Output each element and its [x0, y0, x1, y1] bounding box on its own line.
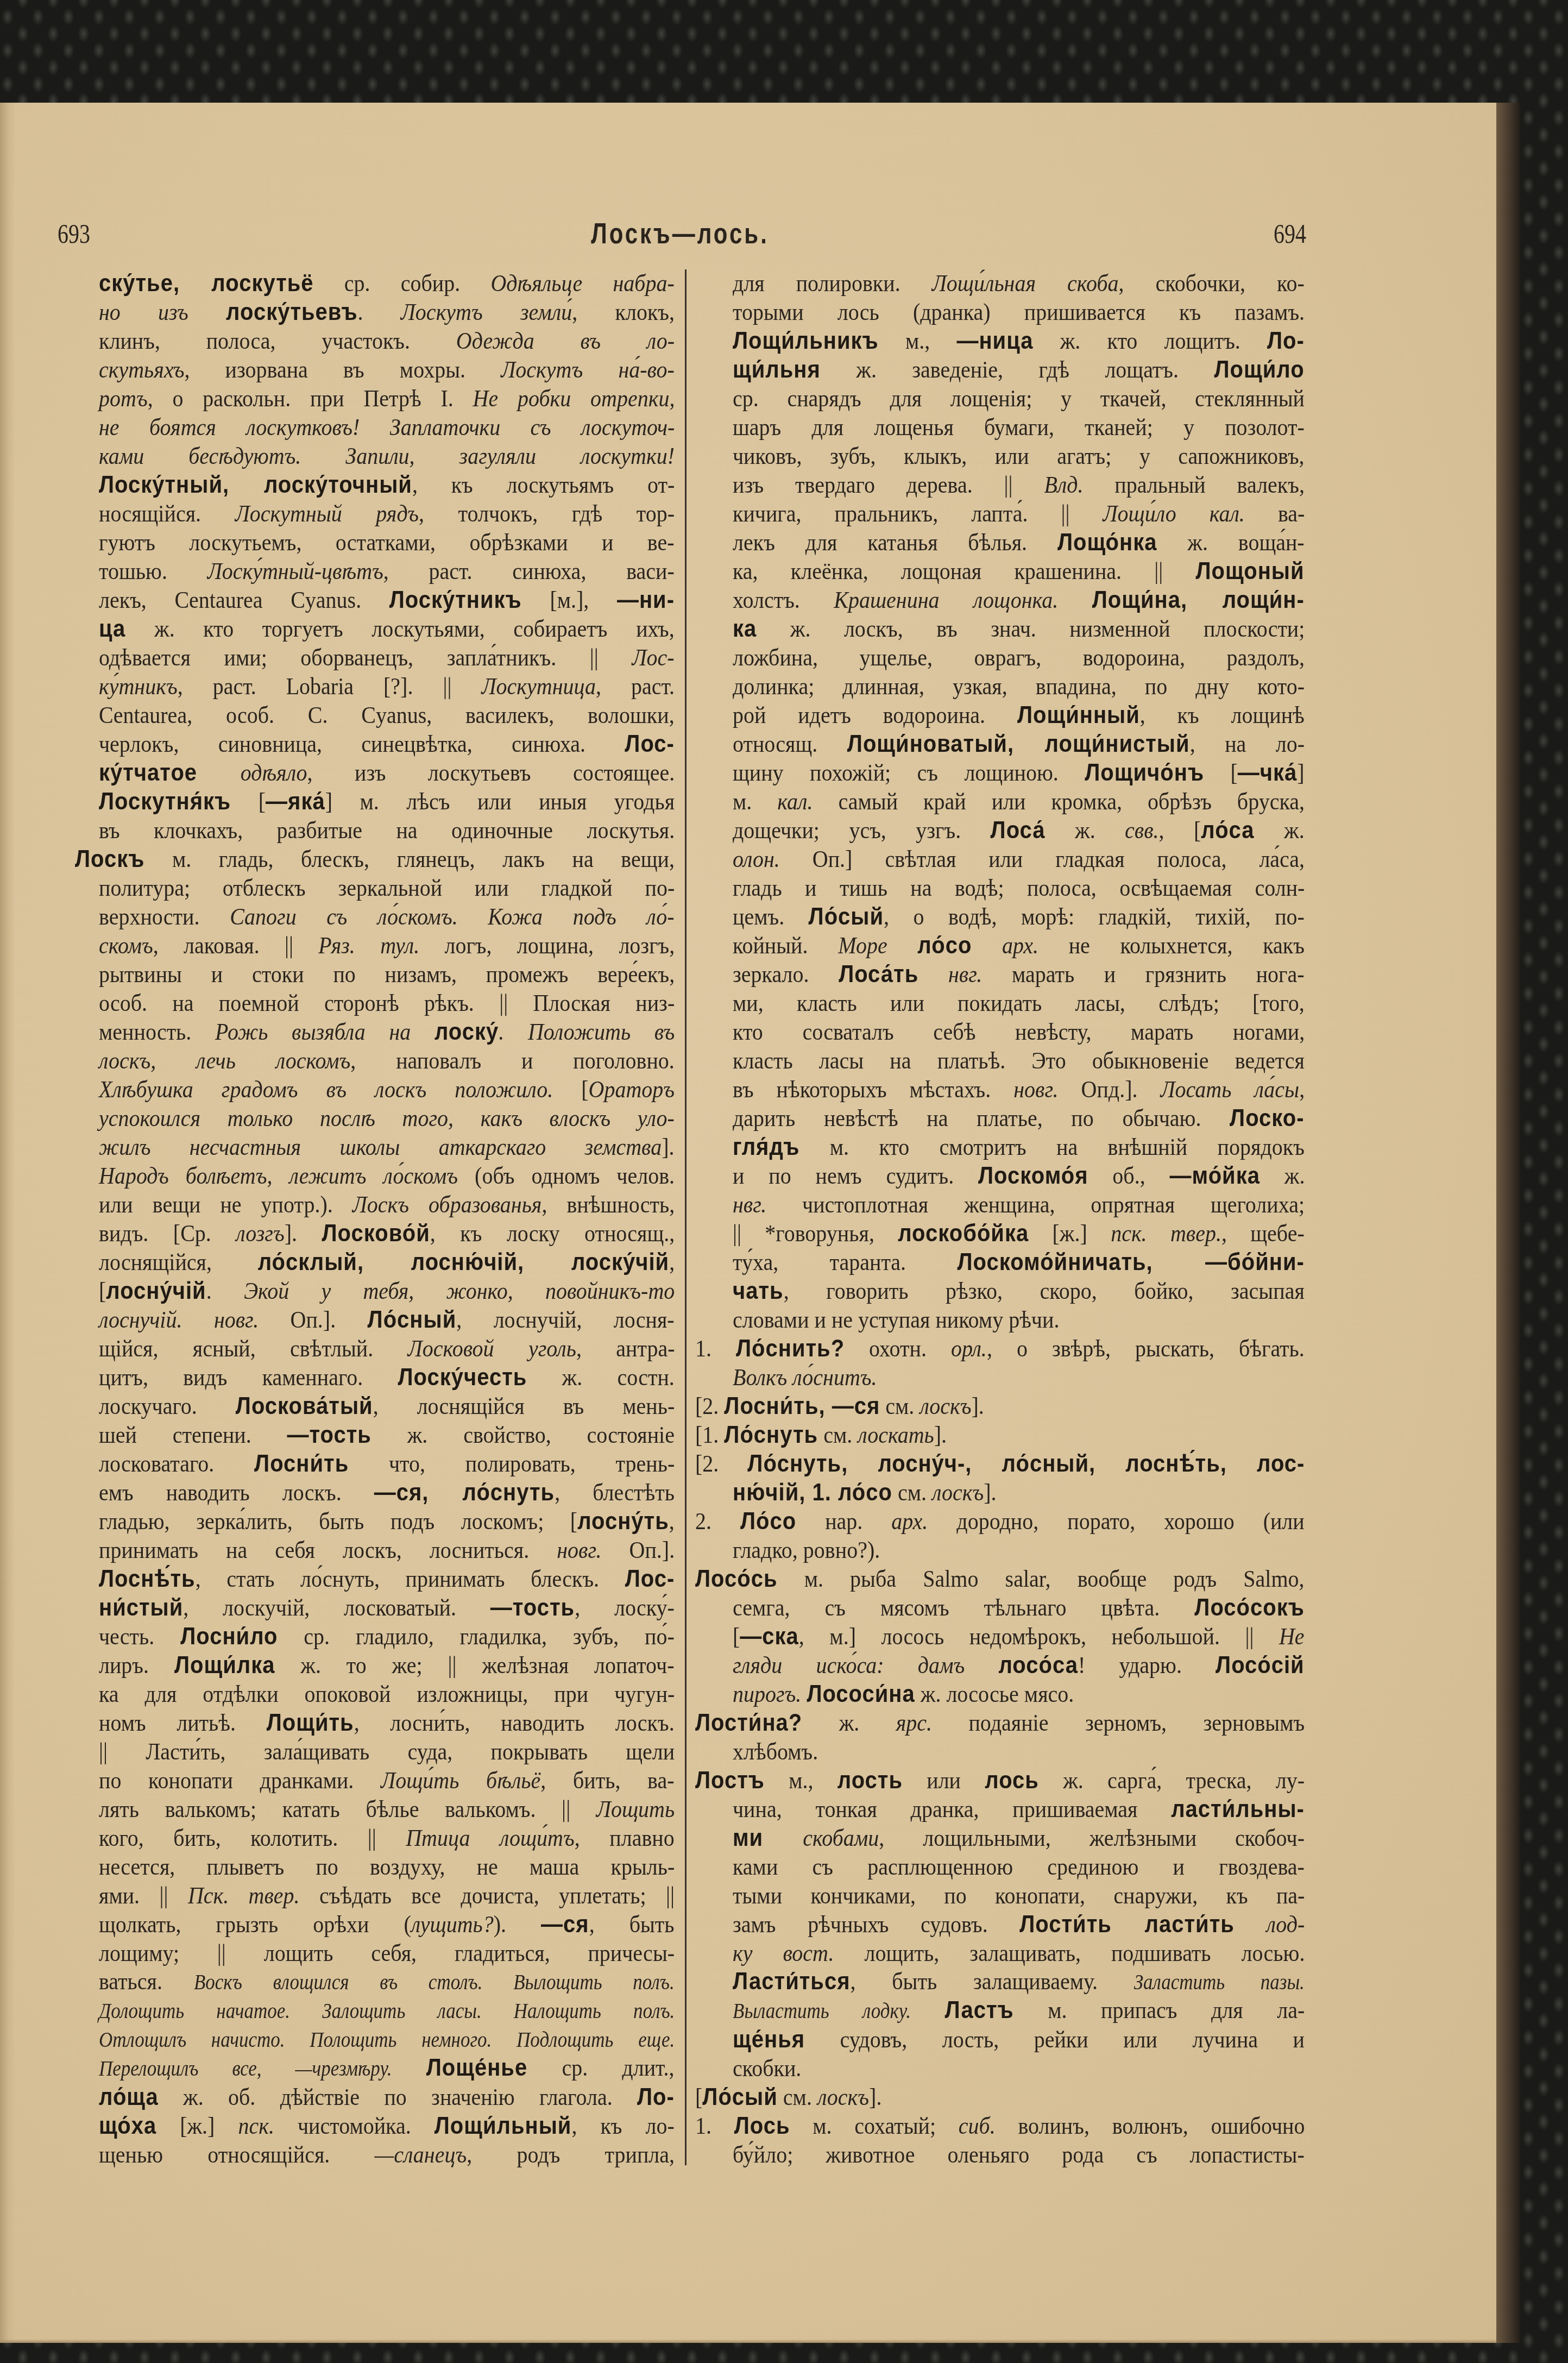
- dictionary-line: Долощить начатое. Залощить ласы. Налощит…: [99, 1996, 675, 2025]
- body-text: политура; отблескъ зеркальной или гладко…: [99, 873, 675, 901]
- line-text: щолкать, грызть орѣхи (лущить?). —ся, бы…: [99, 1908, 675, 1940]
- body-text: дарить невѣстѣ на платье, по обычаю.: [733, 1104, 1230, 1131]
- example-text: Заластить пазы.: [1134, 1971, 1305, 1995]
- body-text: чистомойка.: [274, 2111, 434, 2139]
- italic-text: скобами: [803, 1824, 879, 1851]
- line-text: словами и не уступая никому рѣчи.: [733, 1303, 1059, 1335]
- dictionary-line: [лосну́чій. Экой у тебя, жонко, повойник…: [99, 1276, 675, 1305]
- italic-text: Не робки отрепки,: [473, 384, 675, 411]
- headword: Лос-: [625, 730, 675, 757]
- dictionary-line: Лоскъ м. гладь, блескъ, глянецъ, лакъ на…: [75, 844, 675, 873]
- line-text: [1. Ло́снуть см. лоскать].: [695, 1418, 947, 1451]
- body-text: лекъ для катанья бѣлья.: [733, 528, 1057, 555]
- italic-text: лоснучій. новг.: [99, 1305, 259, 1333]
- body-text: [972, 931, 1002, 958]
- line-text: 1. Лось м. сохатый; сиб. волинъ, волюнъ,…: [695, 2109, 1305, 2142]
- dictionary-line: Лостъ м., лость или лось ж. сарга́, трес…: [695, 1765, 1305, 1794]
- dictionary-line: цитъ, видъ каменнаго. Лоску́честь ж. сос…: [99, 1362, 675, 1391]
- line-text: лиръ. Лощи́лка ж. то же; || желѣзная лоп…: [99, 1649, 675, 1681]
- italic-text: Народъ болѣетъ, лежитъ ло́скомъ: [99, 1161, 458, 1189]
- italic-text: пирогъ.: [733, 1680, 801, 1707]
- body-text: [: [1204, 758, 1238, 785]
- italic-text: новг.: [1013, 1075, 1058, 1102]
- body-text: , изъ лоскутьевъ состоящее.: [307, 758, 675, 785]
- line-text: гуютъ лоскутьемъ, остатками, обрѣзками и…: [99, 526, 675, 558]
- dictionary-line: Лощи́льникъ м., —ница ж. кто лощитъ. Ло-: [733, 326, 1305, 355]
- headword: Лощи́льникъ: [733, 327, 879, 354]
- body-text: , раст. Lobaria [?]. ||: [178, 672, 482, 699]
- dictionary-line: черлокъ, синовница, синецвѣтка, синюха. …: [99, 729, 675, 758]
- body-text: или вещи не употр.).: [99, 1190, 352, 1217]
- body-text: въ нѣкоторыхъ мѣстахъ.: [733, 1075, 1013, 1102]
- dictionary-line: ску́тье, лоскутьё ср. собир. Одѣяльце на…: [99, 268, 675, 297]
- headword: Лоще́нье: [426, 2054, 528, 2081]
- body-text: [1235, 1910, 1267, 1937]
- headword: Лоску́честь: [398, 1363, 527, 1390]
- dictionary-line: [1. Ло́снуть см. лоскать].: [695, 1420, 1305, 1449]
- page-bottom-edge: [0, 2339, 1496, 2343]
- body-text: ж. воща́н-: [1157, 528, 1304, 555]
- body-text: , быть: [589, 1910, 675, 1937]
- headword: Лощичо́нъ: [1085, 759, 1204, 785]
- dictionary-line: особ. на поемной сторонѣ рѣкъ. || Плоска…: [99, 988, 675, 1017]
- page-right-edge: [1496, 103, 1520, 2343]
- body-text: гладко, ровно?).: [733, 1536, 880, 1563]
- dictionary-line: честь. Лосни́ло ср. гладило, гладилка, з…: [99, 1622, 675, 1650]
- dictionary-line: ни́стый, лоскучій, лосковатый. —тость, л…: [99, 1593, 675, 1622]
- dictionary-line: кто сосваталъ себѣ невѣсту, марать ногам…: [733, 1017, 1305, 1046]
- italic-text: скомъ: [99, 931, 153, 958]
- line-text: ще́нья судовъ, лость, рейки или лучина и: [733, 2023, 1305, 2056]
- line-text: гладко, ровно?).: [733, 1534, 880, 1566]
- line-text: менность. Рожь вызябла на лоску́. Положи…: [99, 1015, 675, 1048]
- dictionary-line: ми скобами, лощильными, желѣзными скобоч…: [733, 1823, 1305, 1852]
- headword: Лощи́лка: [174, 1651, 275, 1678]
- body-text: м. сохатый;: [790, 2111, 959, 2139]
- dictionary-line: || Ласти́ть, зала́щивать суда, покрывать…: [99, 1737, 675, 1765]
- dictionary-line: для полировки. Лощи́льная скоба, скобочк…: [733, 268, 1305, 297]
- dictionary-line: въ нѣкоторыхъ мѣстахъ. новг. Опд.]. Лоса…: [733, 1074, 1305, 1103]
- dictionary-line: Народъ болѣетъ, лежитъ ло́скомъ (объ одн…: [99, 1161, 675, 1190]
- body-text: ].: [972, 1392, 984, 1419]
- headword: Ло-: [637, 2083, 675, 2110]
- dictionary-line: Лоснѣ́ть, стать ло́снуть, принимать блес…: [99, 1564, 675, 1593]
- body-text: самый край или кромка, обрѣзъ бруска,: [813, 787, 1305, 814]
- italic-text: —сланецъ: [375, 2140, 467, 2167]
- dictionary-line: гля́дъ м. кто смотритъ на внѣшній порядо…: [733, 1132, 1305, 1161]
- headword: Лоса́ть: [839, 960, 918, 987]
- body-text: ж. свойство, состояніе: [371, 1421, 675, 1448]
- body-text: менность.: [99, 1017, 215, 1045]
- headword: —ска: [740, 1623, 799, 1649]
- body-text: , скобочки, ко-: [1119, 269, 1305, 296]
- line-text: шей степени. —тость ж. свойство, состоян…: [99, 1418, 675, 1451]
- body-text: кичига, пральникъ, лапта́. ||: [733, 499, 1103, 526]
- headword: —ни-: [617, 586, 675, 613]
- body-text: ваться.: [99, 1968, 194, 1995]
- headword: —тость: [490, 1594, 575, 1620]
- dictionary-line: видъ. [Ср. лозгъ]. Лосково́й, къ лоску о…: [99, 1218, 675, 1247]
- body-text: , м.] лосось недомѣрокъ, небольшой. ||: [799, 1622, 1279, 1649]
- dictionary-line: м. кал. самый край или кромка, обрѣзъ бр…: [733, 787, 1305, 815]
- headword: Лосни́ло: [180, 1623, 278, 1649]
- dictionary-line: ями. || Пск. твер. съѣдать все дочиста, …: [99, 1881, 675, 1909]
- body-text: честь.: [99, 1622, 180, 1649]
- line-text: щи́льня ж. заведеніе, гдѣ лощатъ. Лощи́л…: [733, 353, 1305, 386]
- dictionary-line: или вещи не употр.). Лоскъ образованья, …: [99, 1190, 675, 1218]
- dictionary-line: щи́льня ж. заведеніе, гдѣ лощатъ. Лощи́л…: [733, 355, 1305, 384]
- headword: Лоскомо́я: [978, 1162, 1088, 1189]
- line-text: долинка; длинная, узкая, впадина, по дну…: [733, 670, 1305, 702]
- dictionary-line: кого, бить, колотить. || Птица лощи́тъ, …: [99, 1823, 675, 1852]
- italic-text: успокоился только послѣ того, какъ влоск…: [99, 1104, 675, 1131]
- dictionary-line: менность. Рожь вызябла на лоску́. Положи…: [99, 1017, 675, 1046]
- line-text: рытвины и стоки по низамъ, промежъ вере́…: [99, 958, 675, 990]
- headword: ло́склый, лосню́чій, лоску́чій: [258, 1248, 670, 1275]
- headword: щи́льня: [733, 356, 821, 382]
- right-column: для полировки. Лощи́льная скоба, скобочк…: [695, 268, 1305, 2169]
- body-text: щолкать, грызть орѣхи (: [99, 1910, 411, 1937]
- line-text: Лоску́тный, лоску́точный, къ лоскутьямъ …: [99, 468, 675, 501]
- dictionary-line: верхности. Сапоги съ ло́скомъ. Кожа подъ…: [99, 902, 675, 931]
- line-text: нвг. чистоплотная женщина, опрятная щего…: [733, 1188, 1305, 1220]
- body-text: , раст. синюха, васи-: [383, 557, 675, 584]
- body-text: , плавно: [575, 1824, 675, 1851]
- body-text: , къ лощинѣ: [1140, 701, 1305, 728]
- body-text: замъ рѣчныхъ судовъ.: [733, 1910, 1019, 1937]
- headword: лоску́: [434, 1018, 499, 1045]
- example-text: Перелощилъ все, —чрезмѣру.: [99, 2057, 392, 2081]
- dictionary-line: въ клочкахъ, разбитые на одиночные лоску…: [99, 815, 675, 844]
- line-text: лоскучаго. Лоскова́тый, лоснящійся въ ме…: [99, 1390, 675, 1422]
- line-text: тошью. Лоску́тный-цвѣтъ, раст. синюха, в…: [99, 555, 675, 587]
- body-text: ].: [934, 1421, 947, 1448]
- headword: Лосо́сокъ: [1194, 1594, 1305, 1620]
- line-text: гляди иско́са: дамъ лосо́са! ударю. Лосо…: [733, 1649, 1305, 1681]
- dictionary-line: дощечки; усъ, узгъ. Лоса́ ж. свв., [ло́с…: [733, 815, 1305, 844]
- body-text: тыми кончиками, по конопати, снаружи, къ…: [733, 1881, 1305, 1908]
- dictionary-line: словами и не уступая никому рѣчи.: [733, 1305, 1305, 1334]
- headword: Лости́ть ласти́ть: [1019, 1910, 1235, 1937]
- line-text: лекъ, Centaurea Cyanus. Лоску́тникъ [м.]…: [99, 583, 675, 616]
- italic-text: Влд.: [1044, 470, 1083, 498]
- body-text: ж. заведеніе, гдѣ лощатъ.: [821, 355, 1214, 382]
- headword: Лоскъ: [75, 845, 144, 872]
- dictionary-line: || *говорунья, лоскобо́йка [ж.] пск. тве…: [733, 1218, 1305, 1247]
- line-text: ми скобами, лощильными, желѣзными скобоч…: [733, 1821, 1305, 1854]
- dictionary-line: рытвины и стоки по низамъ, промежъ вере́…: [99, 959, 675, 988]
- body-text: , говорить рѣзко, скоро, бойко, засыпая: [784, 1277, 1305, 1304]
- headword: Лоску́тный, лоску́точный: [99, 471, 412, 498]
- body-text: бу́йло; животное оленьяго рода съ лопаст…: [733, 2140, 1305, 2167]
- body-text: лосковатаго.: [99, 1449, 254, 1476]
- line-text: успокоился только послѣ того, какъ влоск…: [99, 1102, 675, 1134]
- line-text: тыми кончиками, по конопати, снаружи, къ…: [733, 1879, 1305, 1911]
- body-text: шаръ для лощенья бумаги, тканей; у позол…: [733, 413, 1305, 440]
- headword: Лоснѣ́ть: [99, 1565, 196, 1592]
- body-text: изъ твердаго дерева. ||: [733, 470, 1044, 498]
- body-text: волинъ, волюнъ, ошибочно: [996, 2111, 1305, 2139]
- headword: Лоса́: [991, 816, 1046, 843]
- dictionary-line: лиръ. Лощи́лка ж. то же; || желѣзная лоп…: [99, 1650, 675, 1679]
- body-text: ж. то же; || желѣзная лопаточ-: [275, 1651, 674, 1678]
- body-text: м. гладь, блескъ, глянецъ, лакъ на вещи,: [144, 845, 675, 872]
- body-text: , лощильными, желѣзными скобоч-: [879, 1824, 1305, 1851]
- italic-text: Лощи́льная скоба: [932, 269, 1119, 296]
- right-page-number: 694: [1252, 216, 1306, 252]
- body-text: ж. лоскъ, въ знач. низменной плоскости;: [757, 614, 1305, 642]
- italic-text: Лосать ла́сы: [1161, 1075, 1300, 1102]
- body-text: м.,: [765, 1766, 837, 1793]
- line-text: замъ рѣчныхъ судовъ. Лости́ть ласти́ть л…: [733, 1908, 1305, 1940]
- body-text: ,: [669, 1248, 675, 1275]
- line-text: бу́йло; животное оленьяго рода съ лопаст…: [733, 2138, 1305, 2170]
- dictionary-line: койный. Море ло́со арх. не колыхнется, к…: [733, 931, 1305, 959]
- headword: Лось: [734, 2112, 790, 2139]
- body-text: ж. сарга́, треска, лу-: [1039, 1766, 1305, 1793]
- body-text: , внѣшность,: [541, 1190, 675, 1217]
- line-text: верхности. Сапоги съ ло́скомъ. Кожа подъ…: [99, 900, 675, 932]
- body-text: койный.: [733, 931, 838, 958]
- dictionary-line: лоскъ, лечь лоскомъ, наповалъ и поголовн…: [99, 1046, 675, 1074]
- headword: лосну́чій: [106, 1277, 206, 1304]
- body-text: съѣдать все дочиста, уплетать; ||: [300, 1881, 675, 1908]
- dictionary-line: цемъ. Ло́сый, о водѣ, морѣ: гладкій, тих…: [733, 902, 1305, 931]
- dictionary-line: ло́ща ж. об. дѣйствіе по значенію глагол…: [99, 2082, 675, 2111]
- body-text: [м.],: [522, 586, 617, 613]
- dictionary-line: пирогъ. Лососи́на ж. лососье мясо.: [733, 1679, 1305, 1708]
- dictionary-line: гладь и тишь на водѣ; полоса, освѣщаемая…: [733, 873, 1305, 902]
- line-text: рой идетъ водороина. Лощи́нный, къ лощин…: [733, 699, 1305, 731]
- dictionary-line: успокоился только послѣ того, какъ влоск…: [99, 1103, 675, 1132]
- body-text: ср. собир.: [314, 269, 491, 296]
- body-text: гладью, зерка́лить, быть подъ лоскомъ; [: [99, 1507, 577, 1534]
- body-text: зеркало.: [733, 960, 839, 987]
- page-left-edge: [0, 103, 15, 2343]
- dictionary-line: Перелощилъ все, —чрезмѣру. Лоще́нье ср. …: [99, 2053, 675, 2082]
- dictionary-line: Лости́на? ж. ярс. подаяніе зерномъ, зерн…: [695, 1708, 1305, 1737]
- body-text: ж. кто торгуетъ лоскутьями, собираетъ их…: [125, 614, 674, 642]
- dictionary-line: ца ж. кто торгуетъ лоскутьями, собираетъ…: [99, 614, 675, 643]
- headword: Ло́снуть: [724, 1421, 818, 1448]
- body-text: чиковъ, зубъ, клыкъ, или агатъ; у сапожн…: [733, 442, 1305, 469]
- body-text: ср. гладило, гладилка, зубъ, по́-: [278, 1622, 674, 1649]
- body-text: , лоснящійся въ мень-: [373, 1392, 675, 1419]
- line-text: Лостъ м., лость или лось ж. сарга́, трес…: [695, 1764, 1305, 1796]
- body-text: ср. снарядъ для лощенія; у ткачей, стекл…: [733, 384, 1305, 411]
- line-text: ка ж. лоскъ, въ знач. низменной плоскост…: [733, 612, 1305, 645]
- headword: —ся, ло́снуть: [374, 1479, 555, 1505]
- body-text: [: [231, 787, 266, 814]
- body-text: лоснящійся,: [99, 1248, 258, 1275]
- line-text: гля́дъ м. кто смотритъ на внѣшній порядо…: [733, 1130, 1305, 1163]
- body-text: лекъ, Centaurea Cyanus.: [99, 586, 389, 613]
- body-text: м. кто смотритъ на внѣшній порядокъ: [799, 1133, 1304, 1160]
- body-text: относящ.: [733, 730, 847, 757]
- italic-text: лоскъ: [817, 2083, 869, 2110]
- body-text: , бить, ва-: [540, 1766, 674, 1793]
- dictionary-line: 1. Лось м. сохатый; сиб. волинъ, волюнъ,…: [695, 2111, 1305, 2140]
- line-text: торыми лось (дранка) пришивается къ паза…: [733, 296, 1305, 328]
- body-text: м. рыба Salmo salar, вообще родъ Salmo,: [778, 1564, 1305, 1592]
- line-text: чиковъ, зубъ, клыкъ, или агатъ; у сапожн…: [733, 439, 1305, 472]
- dictionary-line: ками съ расплющенною срединою и гвоздева…: [733, 1852, 1305, 1881]
- headword: —ница: [956, 327, 1033, 354]
- dictionary-line: шей степени. —тость ж. свойство, состоян…: [99, 1420, 675, 1449]
- line-text: ми, класть или покидать ласы, слѣдъ; [то…: [733, 986, 1305, 1019]
- italic-text: Лощи́ть бѣльё: [381, 1766, 540, 1793]
- body-text: [801, 1680, 807, 1707]
- body-text: [2.: [695, 1392, 724, 1419]
- headword: Лососи́на: [807, 1680, 915, 1707]
- headword: —тость: [287, 1421, 371, 1448]
- line-text: ту́ха, таранта. Лоскомо́йничать, —бо́йни…: [733, 1246, 1305, 1278]
- body-text: , раст.: [596, 672, 675, 699]
- dictionary-line: ту́ха, таранта. Лоскомо́йничать, —бо́йни…: [733, 1247, 1305, 1276]
- italic-text: Пск. твер.: [188, 1881, 300, 1908]
- line-text: ло́ща ж. об. дѣйствіе по значенію глагол…: [99, 2081, 675, 2113]
- line-text: гладью, зерка́лить, быть подъ лоскомъ; […: [99, 1505, 675, 1537]
- dictionary-line: лоснучій. новг. Оп.]. Ло́сный, лоснучій,…: [99, 1305, 675, 1334]
- body-text: [: [695, 2083, 702, 2110]
- dictionary-line: Отлощилъ начисто. Полощить немного. Подл…: [99, 2025, 675, 2053]
- line-text: холстъ. Крашенина лощонка. Лощи́на, лощи…: [733, 583, 1305, 616]
- line-text: кого, бить, колотить. || Птица лощи́тъ, …: [99, 1821, 675, 1853]
- dictionary-line: щину похожій; съ лощиною. Лощичо́нъ [—чк…: [733, 758, 1305, 787]
- body-text: верхности.: [99, 902, 230, 929]
- dictionary-line: гладью, зерка́лить, быть подъ лоскомъ; […: [99, 1506, 675, 1535]
- headword: лость: [837, 1767, 903, 1793]
- dictionary-line: класть ласы на платьѣ. Это обыкновеніе в…: [733, 1046, 1305, 1074]
- body-text: цитъ, видъ каменнаго.: [99, 1363, 398, 1390]
- dictionary-line: щенью относящійся. —сланецъ, родъ трипла…: [99, 2140, 675, 2169]
- example-text: Выластить лодку.: [733, 2000, 911, 2023]
- body-text: номъ литьѣ.: [99, 1708, 267, 1736]
- body-text: клинъ, полоса, участокъ.: [99, 326, 456, 354]
- headword: лось: [985, 1767, 1039, 1793]
- headword: лосну́ть: [577, 1507, 669, 1534]
- body-text: торыми лось (дранка) пришивается къ паза…: [733, 298, 1305, 325]
- line-text: ку́тникъ, раст. Lobaria [?]. || Лоскутни…: [99, 670, 675, 702]
- headword: Ло́снуть, лосну́ч-, ло́сный, лоснѣ́ть, л…: [747, 1450, 1305, 1476]
- body-text: , блестѣть: [555, 1478, 675, 1505]
- line-text: || *говорунья, лоскобо́йка [ж.] пск. тве…: [733, 1217, 1305, 1249]
- body-text: , щебе-: [1221, 1219, 1305, 1246]
- line-text: и по немъ судитъ. Лоскомо́я об., —мо́йка…: [733, 1159, 1305, 1192]
- dictionary-line: щолкать, грызть орѣхи (лущить?). —ся, бы…: [99, 1909, 675, 1938]
- body-text: щину похожій; съ лощиною.: [733, 758, 1085, 785]
- dictionary-line: Лосо́сь м. рыба Salmo salar, вообще родъ…: [695, 1564, 1305, 1593]
- line-text: пирогъ. Лососи́на ж. лососье мясо.: [733, 1677, 1074, 1710]
- line-text: Лощи́льникъ м., —ница ж. кто лощитъ. Ло-: [733, 324, 1305, 357]
- body-text: см.: [778, 2083, 817, 2110]
- body-text: кто сосваталъ себѣ невѣсту, марать ногам…: [733, 1017, 1305, 1045]
- dictionary-line: скутьяхъ, изорвана въ мохры. Лоскутъ на́…: [99, 355, 675, 384]
- body-text: ж. об. дѣйствіе по значенію глагола.: [159, 2083, 637, 2110]
- dictionary-line: носящійся. Лоскутный рядъ, толчокъ, гдѣ …: [99, 499, 675, 527]
- body-text: класть ласы на платьѣ. Это обыкновеніе в…: [733, 1046, 1305, 1073]
- line-text: чать, говорить рѣзко, скоро, бойко, засы…: [733, 1274, 1305, 1307]
- headword: Лощи́льный: [434, 2112, 572, 2139]
- dictionary-line: по конопати дранками. Лощи́ть бѣльё, бит…: [99, 1765, 675, 1794]
- line-text: Народъ болѣетъ, лежитъ ло́скомъ (объ одн…: [99, 1159, 675, 1191]
- dictionary-line: изъ твердаго дерева. || Влд. пральный ва…: [733, 470, 1305, 499]
- body-text: , на ло-: [1190, 730, 1305, 757]
- body-text: , къ лоску относящ.,: [430, 1219, 675, 1246]
- italic-text: Ораторъ: [589, 1075, 675, 1102]
- line-text: ку́тчатое одѣяло, изъ лоскутьевъ состоящ…: [99, 756, 675, 789]
- line-text: [лосну́чій. Экой у тебя, жонко, повойник…: [99, 1274, 675, 1307]
- italic-text: Одежда въ ло-: [456, 326, 675, 354]
- headword: Лоскутня́къ: [99, 788, 231, 814]
- headword: ку́тчатое: [99, 759, 241, 785]
- dictionary-line: гладко, ровно?).: [733, 1535, 1305, 1564]
- line-text: лосковатаго. Лосни́ть что, полировать, т…: [99, 1447, 675, 1480]
- body-text: Опд.].: [1059, 1075, 1161, 1102]
- dictionary-line: ка, клеёнка, лощоная крашенина. || Лощон…: [733, 556, 1305, 585]
- line-text: емъ наводить лоскъ. —ся, ло́снуть, блест…: [99, 1476, 675, 1509]
- body-text: черлокъ, синовница, синецвѣтка, синюха.: [99, 730, 625, 757]
- body-text: [: [733, 1622, 740, 1649]
- line-text: ками бесѣдуютъ. Запили, загуляли лоскутк…: [99, 439, 675, 472]
- headword: Лощоный: [1196, 557, 1305, 584]
- headword: Ло́сый: [809, 903, 884, 929]
- headword: Лосо́сь: [695, 1565, 778, 1592]
- dictionary-line: ка для отдѣлки опоковой изложницы, при ч…: [99, 1679, 675, 1708]
- body-text: Оп.] свѣтлая или гладкая полоса, ла́са,: [780, 845, 1305, 872]
- body-text: [2.: [695, 1449, 747, 1476]
- italic-text: нвг.: [733, 1190, 766, 1217]
- line-text: ями. || Пск. твер. съѣдать все дочиста, …: [99, 1879, 675, 1911]
- body-text: гладь и тишь на водѣ; полоса, освѣщаемая…: [733, 873, 1305, 901]
- running-head-title: Лоскъ—лось.: [543, 216, 817, 252]
- line-text: не боятся лоскутковъ! Заплаточки съ лоск…: [99, 411, 675, 443]
- italic-text: но изъ: [99, 298, 226, 325]
- headword: Лосо́сій: [1216, 1651, 1305, 1678]
- italic-text: Волкъ ло́снитъ.: [733, 1363, 877, 1390]
- body-text: ж. кто лощитъ.: [1034, 326, 1268, 354]
- body-text: , наповалъ и поголовно.: [350, 1046, 675, 1073]
- line-text: ротъ, о раскольн. при Петрѣ I. Не робки …: [99, 382, 675, 414]
- line-text: лоскъ, лечь лоскомъ, наповалъ и поголовн…: [99, 1044, 675, 1076]
- body-text: пральный валекъ,: [1084, 470, 1305, 498]
- body-text: хлѣбомъ.: [733, 1737, 818, 1764]
- body-text: что, полировать, трень-: [349, 1449, 675, 1476]
- body-text: подаяніе зерномъ, зерновымъ: [932, 1708, 1305, 1736]
- line-text: клинъ, полоса, участокъ. Одежда въ ло-: [99, 324, 675, 356]
- headword: —яка́: [266, 788, 325, 814]
- body-text: ж.: [1046, 816, 1125, 843]
- headword: Лос-: [625, 1565, 675, 1592]
- body-text: см.: [818, 1421, 858, 1448]
- body-text: ми, класть или покидать ласы, слѣдъ; [то…: [733, 989, 1305, 1016]
- line-text: Лоскъ м. гладь, блескъ, глянецъ, лакъ на…: [75, 843, 675, 875]
- dictionary-line: лять валькомъ; катать бѣлье валькомъ. ||…: [99, 1794, 675, 1823]
- italic-text: Не: [1279, 1622, 1305, 1649]
- body-text: видъ. [Ср.: [99, 1219, 236, 1246]
- body-text: ж.: [802, 1708, 896, 1736]
- body-text: ж.: [1260, 1161, 1305, 1189]
- dictionary-line: Лоскутня́къ [—яка́] м. лѣсъ или иныя уго…: [99, 787, 675, 815]
- line-text: || Ласти́ть, зала́щивать суда, покрывать…: [99, 1735, 675, 1767]
- body-text: || Ласти́ть, зала́щивать суда, покрывать…: [99, 1737, 675, 1764]
- dictionary-line: Ласти́ться, быть залащиваему. Заластить …: [733, 1967, 1305, 1996]
- body-text: [ж.]: [156, 2111, 238, 2139]
- line-text: относящ. Лощи́новатый, лощи́нистый, на л…: [733, 727, 1305, 760]
- body-text: по конопати дранками.: [99, 1766, 381, 1793]
- body-text: ж.: [1255, 816, 1305, 843]
- italic-text: Лоскутъ земли́: [401, 298, 572, 325]
